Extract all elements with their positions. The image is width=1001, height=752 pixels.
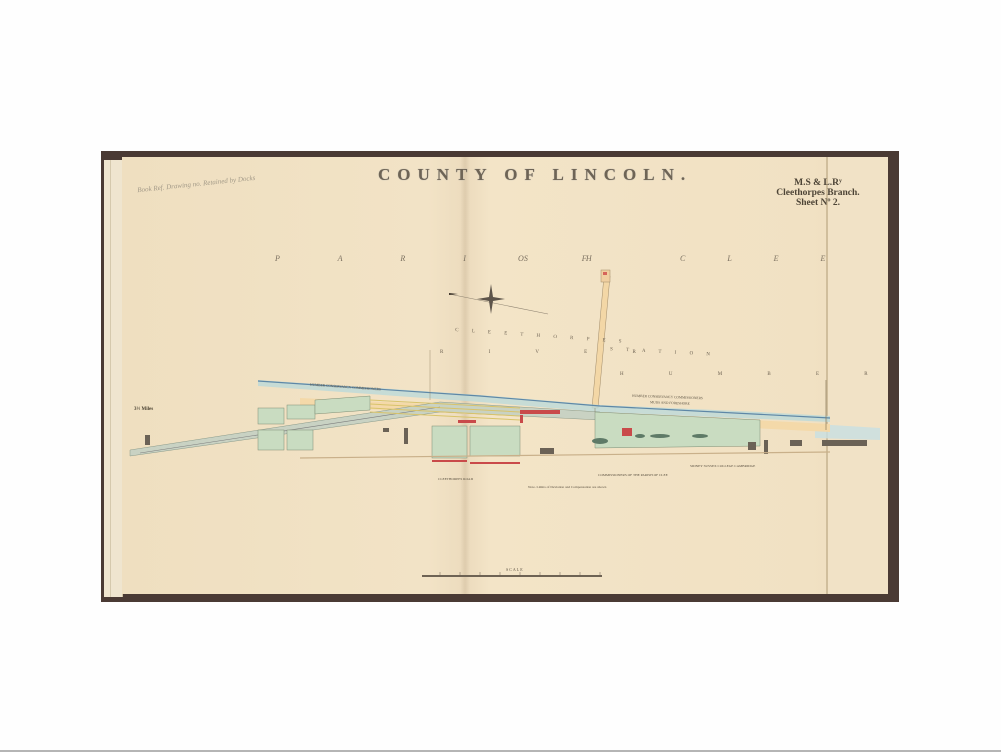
railway-company: M.S & L.Rʸ <box>772 178 864 188</box>
map-title: COUNTY OF LINCOLN. <box>378 165 692 185</box>
branch-name: Cleethorpes Branch. <box>772 188 864 198</box>
sheet-label: M.S & L.Rʸ Cleethorpes Branch. Sheet Nº … <box>772 178 864 208</box>
river-label: R I V E R <box>440 350 658 355</box>
of-label: O F <box>518 254 615 263</box>
scale-bar <box>422 572 602 577</box>
commissioners-label: COMMISSIONERS OF THE PARISH OF CLEE <box>598 473 668 477</box>
sidney-sussex-label: SIDNEY SUSSEX COLLEGE CAMBRIDGE <box>690 464 755 468</box>
mileage-label: 3½ Miles <box>134 407 153 412</box>
sheet-number: Sheet Nº 2. <box>772 198 864 208</box>
compass-rose-icon <box>449 284 548 314</box>
scale-label: SCALE <box>506 567 524 572</box>
clee-label: C L E E <box>680 254 845 263</box>
humber-label: H U M B E R <box>620 372 890 377</box>
limits-note: Note. Limits of Deviation and Compensati… <box>528 485 606 489</box>
cleethorpes-road-label: CLEETHORPES ROAD <box>438 477 473 481</box>
